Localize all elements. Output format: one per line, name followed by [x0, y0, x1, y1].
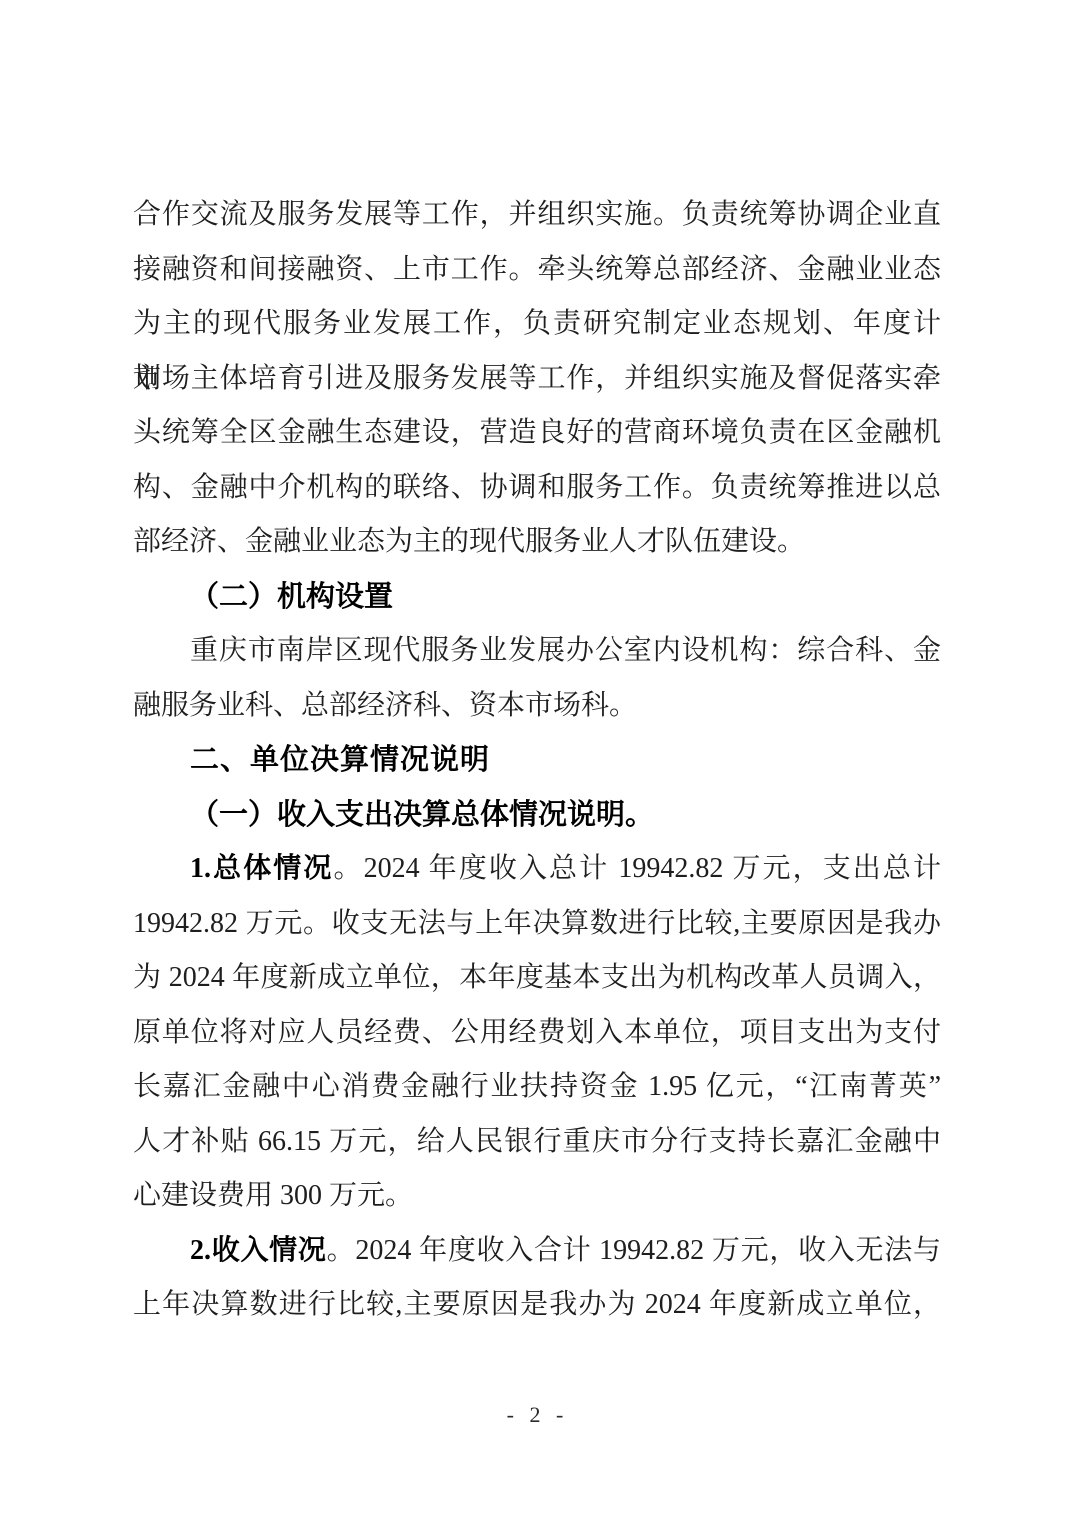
text-segment: 长嘉汇金融中心消费金融行业扶持资金 1.95 亿元，“江南菁英”	[133, 1071, 941, 1102]
duties-para-line-1: 合作交流及服务发展等工作，并组织实施。负责统筹协调企业直	[133, 188, 941, 243]
text-segment: 心建设费用 300 万元。	[133, 1180, 413, 1211]
heading-section-2-1: （一）收入支出决算总体情况说明。	[133, 788, 941, 843]
overall-para-line-6: 人才补贴 66.15 万元，给人民银行重庆市分行支持长嘉汇金融中	[133, 1115, 941, 1170]
document-body: 合作交流及服务发展等工作，并组织实施。负责统筹协调企业直接融资和间接融资、上市工…	[133, 188, 941, 1333]
text-segment: 合作交流及服务发展等工作，并组织实施。负责统筹协调企业直	[133, 199, 941, 230]
duties-para-line-2: 接融资和间接融资、上市工作。牵头统筹总部经济、金融业业态	[133, 243, 941, 298]
text-segment: 为 2024 年度新成立单位，本年度基本支出为机构改革人员调入，	[133, 962, 941, 993]
text-segment: 构、金融中介机构的联络、协调和服务工作。负责统筹推进以总	[133, 472, 941, 503]
heading-section-2: 二、单位决算情况说明	[133, 733, 941, 788]
text-segment: 。2024 年度收入合计 19942.82 万元，收入无法与	[327, 1235, 941, 1266]
text-segment: （一）收入支出决算总体情况说明。	[190, 799, 654, 831]
text-segment: 市场主体培育引进及服务发展等工作，并组织实施及督促落实牵	[133, 363, 941, 394]
duties-para-line-7: 部经济、金融业业态为主的现代服务业人才队伍建设。	[133, 515, 941, 570]
org-structure-para-line-1: 重庆市南岸区现代服务业发展办公室内设机构：综合科、金	[133, 624, 941, 679]
overall-para-line-2: 19942.82 万元。收支无法与上年决算数进行比较,主要原因是我办	[133, 897, 941, 952]
text-segment: 部经济、金融业业态为主的现代服务业人才队伍建设。	[133, 526, 805, 557]
duties-para-line-6: 构、金融中介机构的联络、协调和服务工作。负责统筹推进以总	[133, 461, 941, 516]
duties-para-line-3: 为主的现代服务业发展工作，负责研究制定业态规划、年度计划、	[133, 297, 941, 352]
text-segment: 原单位将对应人员经费、公用经费划入本单位，项目支出为支付	[133, 1017, 941, 1048]
text-segment: 1.总体情况	[190, 853, 333, 884]
overall-para-line-4: 原单位将对应人员经费、公用经费划入本单位，项目支出为支付	[133, 1006, 941, 1061]
text-segment: 头统筹全区金融生态建设，营造良好的营商环境负责在区金融机	[133, 417, 941, 448]
duties-para-line-4: 市场主体培育引进及服务发展等工作，并组织实施及督促落实牵	[133, 352, 941, 407]
income-para-line-1: 2.收入情况。2024 年度收入合计 19942.82 万元，收入无法与	[133, 1224, 941, 1279]
org-structure-para-line-2: 融服务业科、总部经济科、资本市场科。	[133, 679, 941, 734]
income-para-line-2: 上年决算数进行比较,主要原因是我办为 2024 年度新成立单位，	[133, 1278, 941, 1333]
overall-para-line-7: 心建设费用 300 万元。	[133, 1169, 941, 1224]
document-page: 合作交流及服务发展等工作，并组织实施。负责统筹协调企业直接融资和间接融资、上市工…	[0, 0, 1075, 1520]
text-segment: 人才补贴 66.15 万元，给人民银行重庆市分行支持长嘉汇金融中	[133, 1126, 941, 1157]
overall-para-line-5: 长嘉汇金融中心消费金融行业扶持资金 1.95 亿元，“江南菁英”	[133, 1060, 941, 1115]
text-segment: 2.收入情况	[190, 1235, 327, 1266]
text-segment: 。2024 年度收入总计 19942.82 万元，支出总计	[333, 853, 941, 884]
page-number: - 2 -	[0, 1402, 1075, 1428]
text-segment: 上年决算数进行比较,主要原因是我办为 2024 年度新成立单位，	[133, 1289, 941, 1320]
text-segment: 19942.82 万元。收支无法与上年决算数进行比较,主要原因是我办	[133, 908, 941, 939]
overall-para-line-3: 为 2024 年度新成立单位，本年度基本支出为机构改革人员调入，	[133, 951, 941, 1006]
duties-para-line-5: 头统筹全区金融生态建设，营造良好的营商环境负责在区金融机	[133, 406, 941, 461]
text-segment: 接融资和间接融资、上市工作。牵头统筹总部经济、金融业业态	[133, 254, 941, 285]
overall-para-line-1: 1.总体情况。2024 年度收入总计 19942.82 万元，支出总计	[133, 842, 941, 897]
text-segment: 重庆市南岸区现代服务业发展办公室内设机构：综合科、金	[190, 635, 941, 666]
text-segment: 二、单位决算情况说明	[190, 744, 490, 776]
heading-org-structure: （二）机构设置	[133, 570, 941, 625]
text-segment: 融服务业科、总部经济科、资本市场科。	[133, 690, 637, 721]
text-segment: （二）机构设置	[190, 581, 393, 613]
